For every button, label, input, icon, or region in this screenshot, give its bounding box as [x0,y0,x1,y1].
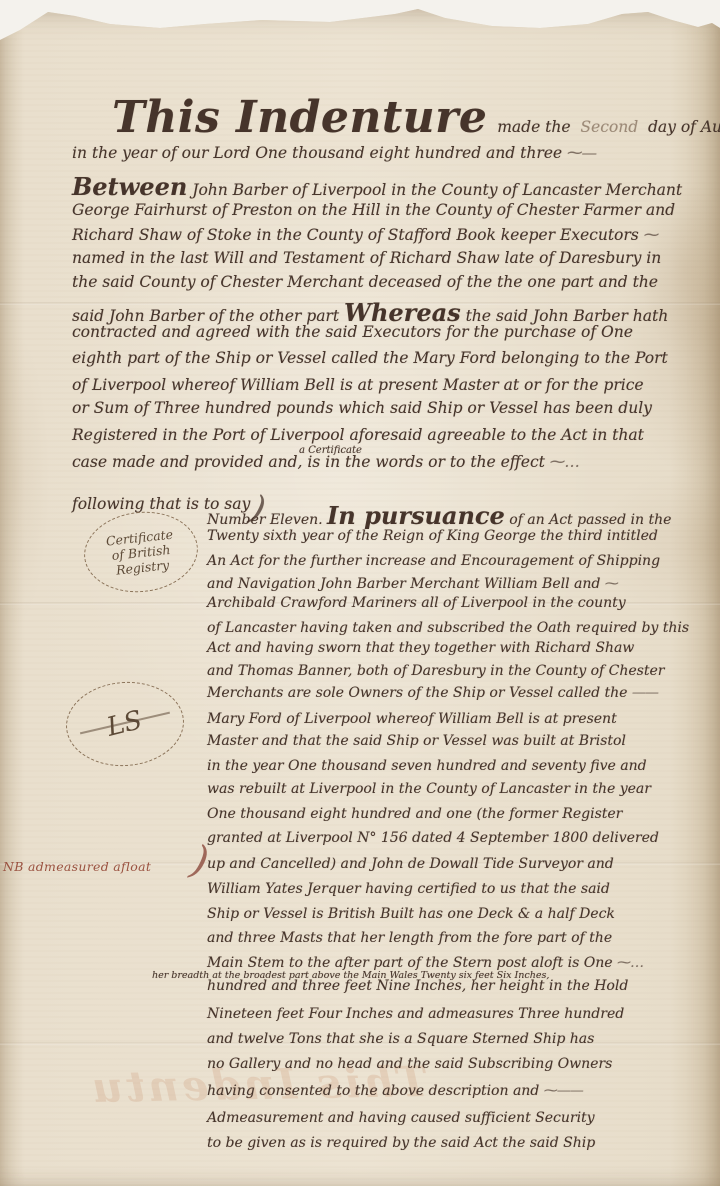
manuscript-line: eighth part of the Ship or Vessel called… [72,351,668,367]
manuscript-line: and Navigation John Barber Merchant Will… [207,577,618,591]
manuscript-line: Between John Barber of Liverpool in the … [72,175,682,199]
manuscript-line: William Yates Jerquer having certified t… [207,882,610,896]
ls-seal-initials: LS [104,705,145,743]
manuscript-line: Ship or Vessel is British Built has one … [207,907,615,921]
manuscript-line: granted at Liverpool N° 156 dated 4 Sept… [207,831,659,845]
manuscript-line: and three Masts that her length from the… [207,931,612,945]
manuscript-line: Main Stem to the after part of the Stern… [207,956,643,970]
manuscript-line: or Sum of Three hundred pounds which sai… [72,401,652,417]
manuscript-line: case made and provided and, is in the wo… [72,455,579,471]
manuscript-line: the said County of Chester Merchant dece… [72,275,658,291]
registry-seal-text: Certificate of British Registry [105,526,177,578]
manuscript-line: was rebuilt at Liverpool in the County o… [207,782,651,796]
manuscript-line: George Fairhurst of Preston on the Hill … [72,203,675,219]
manuscript-line: of Liverpool whereof William Bell is at … [72,378,644,394]
manuscript-line: Mary Ford of Liverpool whereof William B… [207,712,617,726]
manuscript-line: of Lancaster having taken and subscribed… [207,621,689,635]
registry-seal: Certificate of British Registry [80,506,202,597]
manuscript-line: Twenty sixth year of the Reign of King G… [207,529,658,543]
manuscript-line: This Indenture made the Second day of Au… [112,96,720,140]
manuscript-line: to be given as is required by the said A… [207,1136,595,1150]
manuscript-line: named in the last Will and Testament of … [72,251,661,267]
manuscript-line: no Gallery and no head and the said Subs… [207,1057,612,1071]
manuscript-line: said John Barber of the other part Where… [72,301,668,325]
manuscript-line: An Act for the further increase and Enco… [207,554,660,568]
ls-seal: LS [63,678,187,770]
manuscript-line: Admeasurement and having caused sufficie… [207,1111,595,1125]
manuscript-line: Registered in the Port of Liverpool afor… [72,428,644,444]
manuscript-line: up and Cancelled) and John de Dowall Tid… [207,857,614,871]
manuscript-line: Master and that the said Ship or Vessel … [207,734,626,748]
manuscript-line: One thousand eight hundred and one (the … [207,807,622,821]
manuscript-line: contracted and agreed with the said Exec… [72,325,633,341]
manuscript-line: Merchants are sole Owners of the Ship or… [207,686,658,700]
manuscript-line: Number Eleven. In pursuance of an Act pa… [207,504,671,528]
manuscript-line: hundred and three feet Nine Inches, her … [207,979,628,993]
manuscript-line: having consented to the above descriptio… [207,1084,583,1098]
manuscript-line: and Thomas Banner, both of Daresbury in … [207,664,664,678]
manuscript-line: Act and having sworn that they together … [207,641,634,655]
manuscript-line: in the year of our Lord One thousand eig… [72,146,596,162]
document-paper: This Indenture This Indenture made the S… [0,0,720,1186]
manuscript-line: Archibald Crawford Mariners all of Liver… [207,596,626,610]
manuscript-line: and twelve Tons that she is a Square Ste… [207,1032,594,1046]
paper-stain [0,330,50,630]
manuscript-line: in the year One thousand seven hundred a… [207,759,647,773]
manuscript-line: Richard Shaw of Stoke in the County of S… [72,228,658,244]
manuscript-line: Nineteen feet Four Inches and admeasures… [207,1007,624,1021]
admeasured-note: NB admeasured afloat [3,859,151,874]
